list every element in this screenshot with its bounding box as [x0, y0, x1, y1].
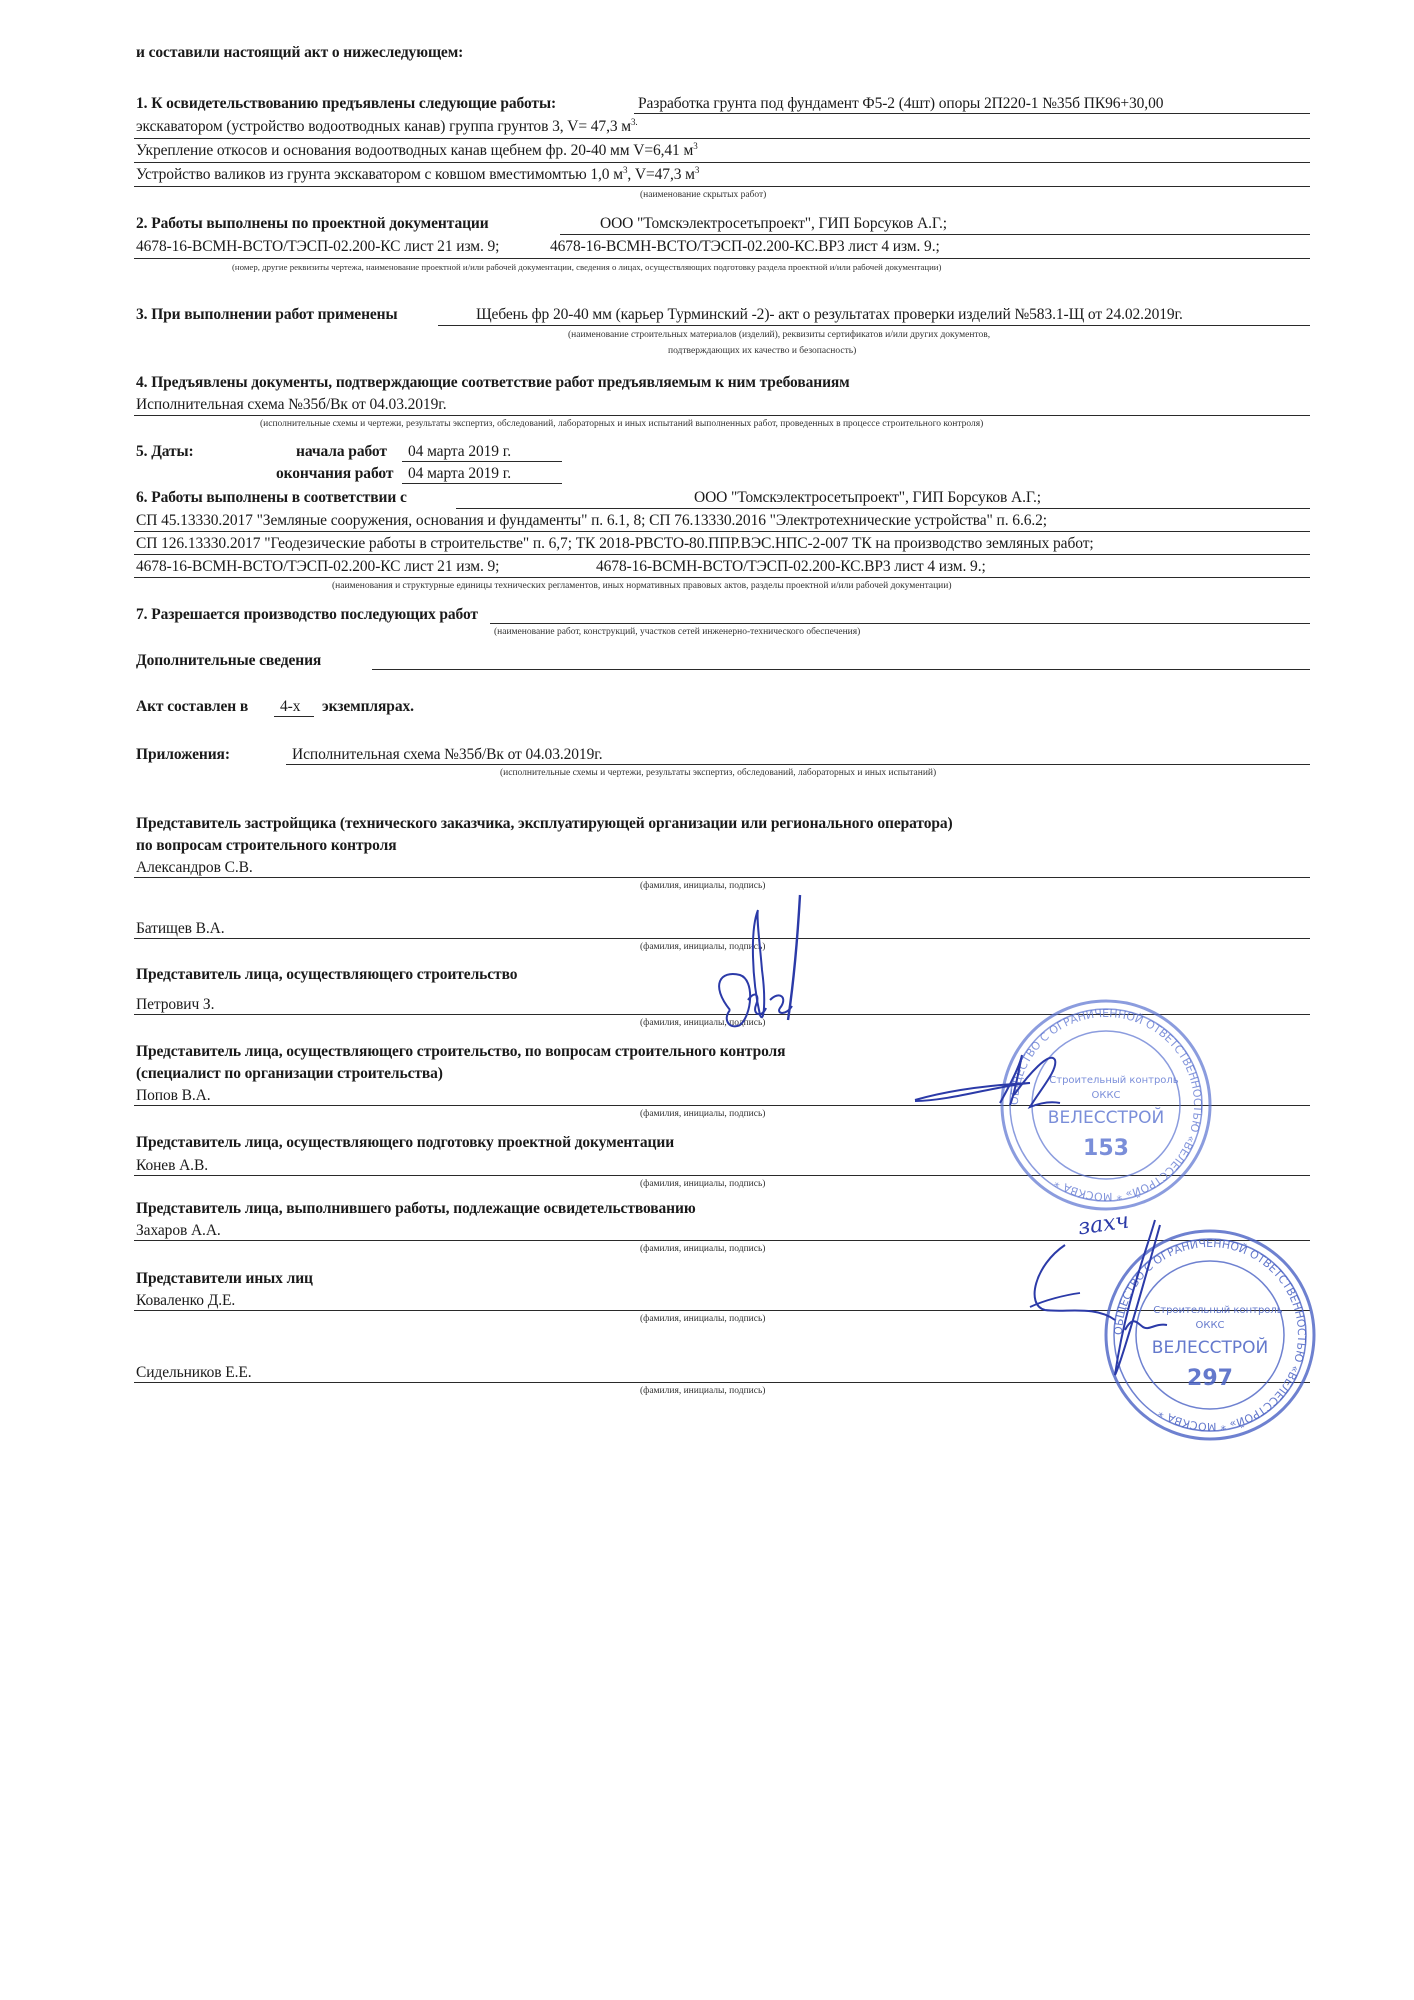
- underline: [286, 764, 1310, 765]
- section5-label: 5. Даты:: [136, 443, 194, 461]
- signature-caption: (фамилия, инициалы, подпись): [640, 1386, 765, 1396]
- rep-others-heading: Представители иных лиц: [136, 1270, 313, 1288]
- underline: [274, 716, 314, 717]
- svg-text:ВЕЛЕССТРОЙ: ВЕЛЕССТРОЙ: [1152, 1336, 1268, 1358]
- underline: [134, 577, 1310, 578]
- signature-line: [134, 877, 1310, 878]
- handwritten-zakharov: захч: [1077, 1209, 1131, 1241]
- section2-line1: ООО "Томскэлектросетьпроект", ГИП Борсук…: [600, 215, 947, 233]
- company-stamp-297-icon: ОБЩЕСТВО С ОГРАНИЧЕННОЙ ОТВЕТСТВЕННОСТЬЮ…: [1100, 1225, 1320, 1445]
- underline: [634, 113, 1310, 114]
- rep-designer-heading: Представитель лица, осуществляющего подг…: [136, 1134, 674, 1152]
- rep-name: Конев А.В.: [136, 1157, 208, 1175]
- section4-caption: (исполнительные схемы и чертежи, результ…: [260, 419, 983, 429]
- section3-label: 3. При выполнении работ применены: [136, 306, 398, 324]
- rep-name: Попов В.А.: [136, 1087, 210, 1105]
- section1-caption: (наименование скрытых работ): [640, 190, 766, 200]
- rep-name: Александров С.В.: [136, 859, 253, 877]
- underline: [134, 138, 1310, 139]
- rep-name: Батищев В.А.: [136, 920, 225, 938]
- intro-text: и составили настоящий акт о нижеследующе…: [136, 44, 463, 62]
- section6-line2: СП 45.13330.2017 "Земляные сооружения, о…: [136, 512, 1047, 530]
- section6-line4a: 4678-16-ВСМН-ВСТО/ТЭСП-02.200-КС лист 21…: [136, 558, 499, 576]
- start-date-value: 04 марта 2019 г.: [408, 443, 511, 461]
- underline: [372, 669, 1310, 670]
- rep-customer-subheading: по вопросам строительного контроля: [136, 837, 397, 855]
- rep-builder-control-heading: Представитель лица, осуществляющего стро…: [136, 1043, 785, 1061]
- section2-caption: (номер, другие реквизиты чертежа, наимен…: [232, 262, 941, 272]
- signature-caption: (фамилия, инициалы, подпись): [640, 942, 765, 952]
- rep-name: Захаров А.А.: [136, 1222, 221, 1240]
- attachments-value: Исполнительная схема №35б/Вк от 04.03.20…: [292, 746, 603, 764]
- rep-builder-heading: Представитель лица, осуществляющего стро…: [136, 966, 517, 984]
- section6-caption: (наименования и структурные единицы техн…: [332, 581, 952, 591]
- section6-line1: ООО "Томскэлектросетьпроект", ГИП Борсук…: [694, 489, 1041, 507]
- underline: [402, 483, 562, 484]
- signature-caption: (фамилия, инициалы, подпись): [640, 1244, 765, 1254]
- copies-prefix: Акт составлен в: [136, 698, 248, 716]
- section3-caption2: подтверждающих их качество и безопасност…: [668, 346, 856, 356]
- section2-label: 2. Работы выполнены по проектной докумен…: [136, 215, 489, 233]
- section1-line2: экскаватором (устройство водоотводных ка…: [136, 118, 638, 136]
- section3-value: Щебень фр 20-40 мм (карьер Турминский -2…: [476, 306, 1183, 324]
- section2-line2b: 4678-16-ВСМН-ВСТО/ТЭСП-02.200-КС.ВР3 лис…: [550, 238, 940, 256]
- section7-label: 7. Разрешается производство последующих …: [136, 606, 478, 624]
- underline: [134, 554, 1310, 555]
- section1-line4: Устройство валиков из грунта экскаваторо…: [136, 166, 699, 184]
- signature-caption: (фамилия, инициалы, подпись): [640, 881, 765, 891]
- underline: [134, 258, 1310, 259]
- section3-caption1: (наименование строительных материалов (и…: [568, 330, 990, 340]
- signature-caption: (фамилия, инициалы, подпись): [640, 1109, 765, 1119]
- section6-line3: СП 126.13330.2017 "Геодезические работы …: [136, 535, 1094, 553]
- svg-text:Строительный контроль: Строительный контроль: [1049, 1075, 1179, 1086]
- section1-label: 1. К освидетельствованию предъявлены сле…: [136, 95, 556, 113]
- underline: [438, 325, 1310, 326]
- signature-line: [134, 938, 1310, 939]
- end-date-value: 04 марта 2019 г.: [408, 465, 511, 483]
- end-date-label: окончания работ: [276, 465, 393, 483]
- signature-line: [134, 1240, 1310, 1241]
- svg-text:153: 153: [1083, 1136, 1129, 1161]
- svg-text:ОККС: ОККС: [1195, 1320, 1224, 1331]
- rep-contractor-heading: Представитель лица, выполнившего работы,…: [136, 1200, 696, 1218]
- svg-text:ВЕЛЕССТРОЙ: ВЕЛЕССТРОЙ: [1048, 1106, 1164, 1128]
- section6-label: 6. Работы выполнены в соответствии с: [136, 489, 407, 507]
- additional-label: Дополнительные сведения: [136, 652, 321, 670]
- underline: [456, 508, 1310, 509]
- section1-line3: Укрепление откосов и основания водоотвод…: [136, 142, 698, 160]
- signature-caption: (фамилия, инициалы, подпись): [640, 1018, 765, 1028]
- signature-line: [134, 1175, 1310, 1176]
- signature-caption: (фамилия, инициалы, подпись): [640, 1179, 765, 1189]
- copies-value: 4-х: [280, 698, 300, 716]
- section4-value: Исполнительная схема №35б/Вк от 04.03.20…: [136, 396, 447, 414]
- svg-text:297: 297: [1187, 1366, 1233, 1391]
- section4-label: 4. Предъявлены документы, подтверждающие…: [136, 374, 850, 392]
- section6-line4b: 4678-16-ВСМН-ВСТО/ТЭСП-02.200-КС.ВР3 лис…: [596, 558, 986, 576]
- underline: [134, 531, 1310, 532]
- svg-text:ОБЩЕСТВО С ОГРАНИЧЕННОЙ ОТВЕТС: ОБЩЕСТВО С ОГРАНИЧЕННОЙ ОТВЕТСТВЕННОСТЬЮ…: [1112, 1237, 1308, 1433]
- underline: [490, 623, 1310, 624]
- underline: [134, 162, 1310, 163]
- svg-text:ОККС: ОККС: [1091, 1090, 1120, 1101]
- signature-caption: (фамилия, инициалы, подпись): [640, 1314, 765, 1324]
- rep-name: Коваленко Д.Е.: [136, 1292, 235, 1310]
- rep-name: Сидельников Е.Е.: [136, 1364, 252, 1382]
- section1-line1: Разработка грунта под фундамент Ф5-2 (4ш…: [638, 95, 1163, 113]
- signature-line: [134, 1105, 1310, 1106]
- signature-zakharov-icon: [1025, 1215, 1195, 1395]
- copies-suffix: экземплярах.: [322, 698, 414, 716]
- underline: [134, 415, 1310, 416]
- rep-builder-control-subheading: (специалист по организации строительства…: [136, 1065, 443, 1083]
- section7-caption: (наименование работ, конструкций, участк…: [494, 627, 860, 637]
- underline: [402, 461, 562, 462]
- rep-name: Петрович З.: [136, 996, 214, 1014]
- signature-line: [134, 1310, 1310, 1311]
- signature-line: [134, 1014, 1310, 1015]
- attachments-caption: (исполнительные схемы и чертежи, результ…: [500, 768, 936, 778]
- attachments-label: Приложения:: [136, 746, 230, 764]
- signature-line: [134, 1382, 1310, 1383]
- underline: [560, 234, 1310, 235]
- section2-line2a: 4678-16-ВСМН-ВСТО/ТЭСП-02.200-КС лист 21…: [136, 238, 499, 256]
- rep-customer-heading: Представитель застройщика (технического …: [136, 815, 953, 833]
- underline: [134, 186, 1310, 187]
- start-date-label: начала работ: [296, 443, 387, 461]
